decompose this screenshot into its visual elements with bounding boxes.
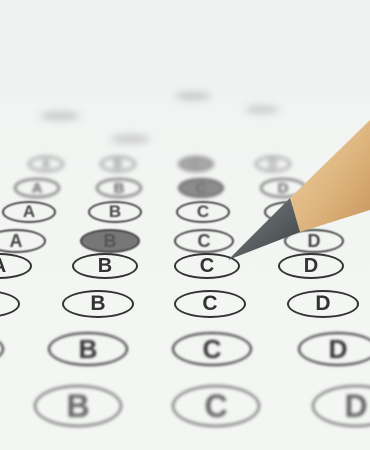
pencil-icon — [0, 0, 370, 450]
answer-sheet-photo: ABCDABCDABCDABCDABCDABCDABCDABCD — [0, 0, 370, 450]
